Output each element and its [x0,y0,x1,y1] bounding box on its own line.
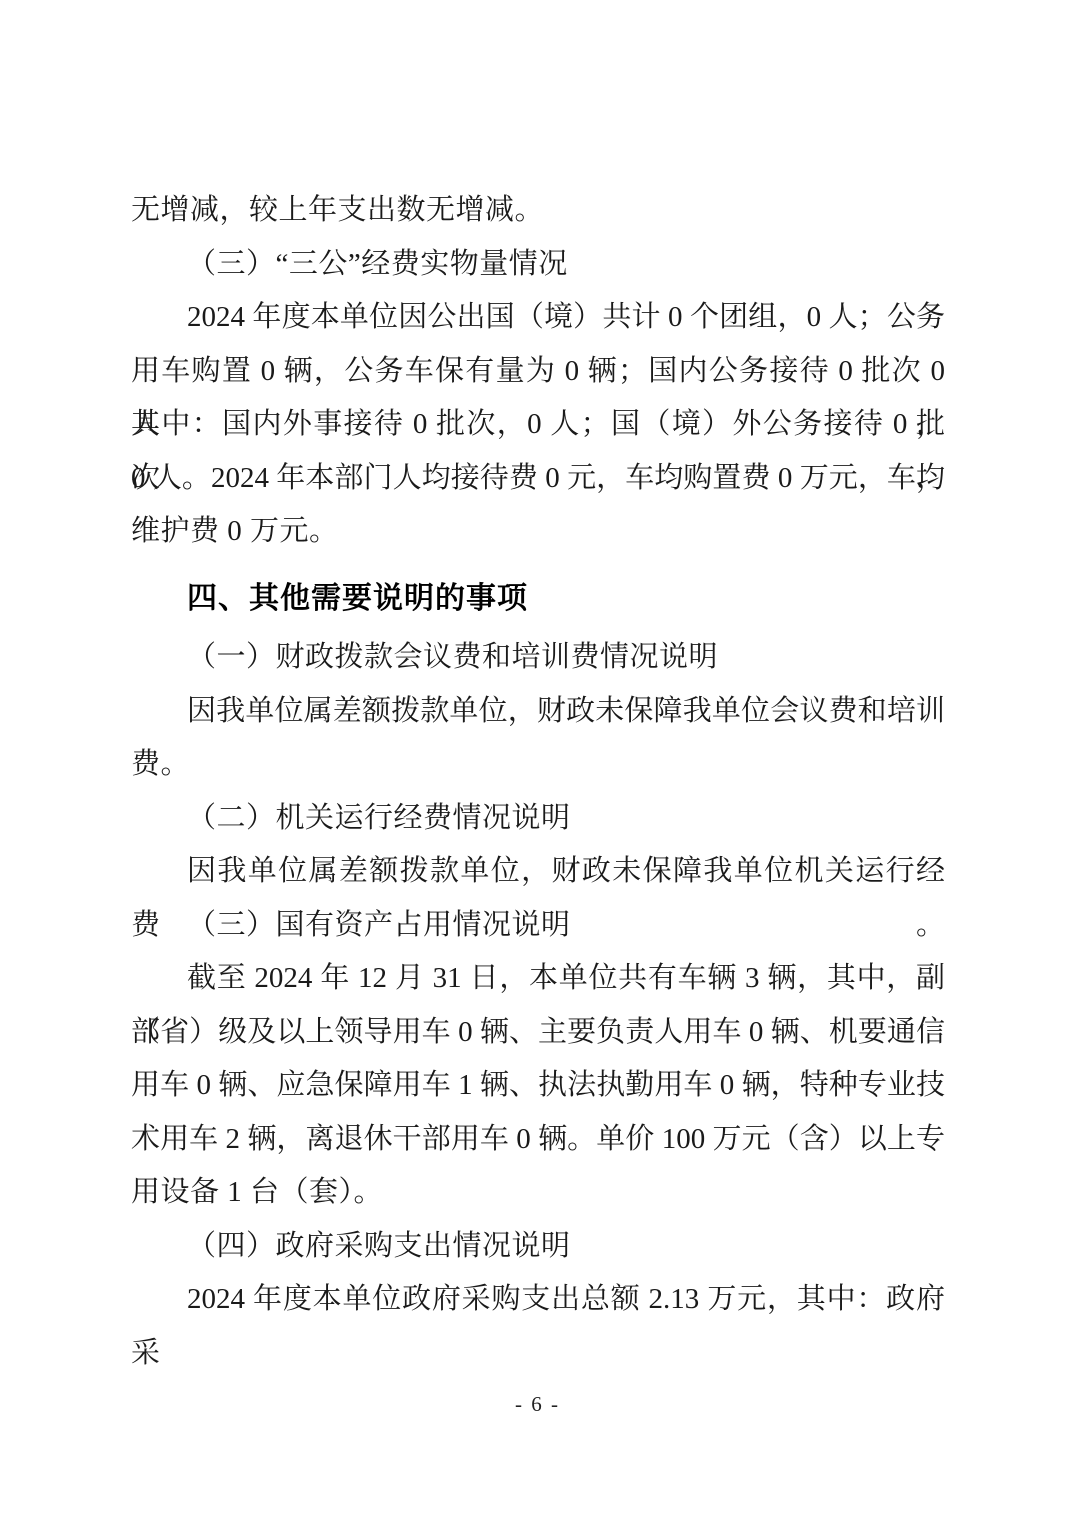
body-line: 2024 年度本单位因公出国（境）共计 0 个团组，0 人；公务 [131,291,945,345]
body-line: 0 人。2024 年本部门人均接待费 0 元，车均购置费 0 万元，车均 [131,452,945,506]
subsection-heading-meeting-training-fees: （一）财政拨款会议费和培训费情况说明 [131,631,945,685]
body-line: 因我单位属差额拨款单位，财政未保障我单位机关运行经费。 [131,845,945,899]
body-line: 截至 2024 年 12 月 31 日，本单位共有车辆 3 辆，其中，副部 [131,952,945,1006]
section-heading-other-matters: 四、其他需要说明的事项 [131,572,945,626]
body-line: 用设备 1 台（套）。 [131,1166,945,1220]
page-number: - 6 - [0,1392,1075,1417]
body-line: 维护费 0 万元。 [131,505,945,559]
body-line: 用车 0 辆、应急保障用车 1 辆、执法执勤用车 0 辆，特种专业技 [131,1059,945,1113]
document-page: 无增减，较上年支出数无增减。 （三）“三公”经费实物量情况 2024 年度本单位… [0,0,1075,1520]
body-line: 因我单位属差额拨款单位，财政未保障我单位会议费和培训 [131,685,945,739]
body-line: 2024 年度本单位政府采购支出总额 2.13 万元，其中：政府采 [131,1273,945,1327]
body-line: 术用车 2 辆，离退休干部用车 0 辆。单价 100 万元（含）以上专 [131,1113,945,1167]
subsection-heading-three-public-expenses: （三）“三公”经费实物量情况 [131,238,945,292]
body-line: 无增减，较上年支出数无增减。 [131,184,945,238]
body-line: 用车购置 0 辆，公务车保有量为 0 辆；国内公务接待 0 批次 0 人， [131,345,945,399]
body-line: 其中：国内外事接待 0 批次，0 人；国（境）外公务接待 0 批次， [131,398,945,452]
body-line: 费。 [131,738,945,792]
subsection-heading-government-procurement: （四）政府采购支出情况说明 [131,1220,945,1274]
body-line: （省）级及以上领导用车 0 辆、主要负责人用车 0 辆、机要通信 [131,1006,945,1060]
subsection-heading-operating-expenses: （二）机关运行经费情况说明 [131,792,945,846]
document-body: 无增减，较上年支出数无增减。 （三）“三公”经费实物量情况 2024 年度本单位… [131,184,945,1327]
